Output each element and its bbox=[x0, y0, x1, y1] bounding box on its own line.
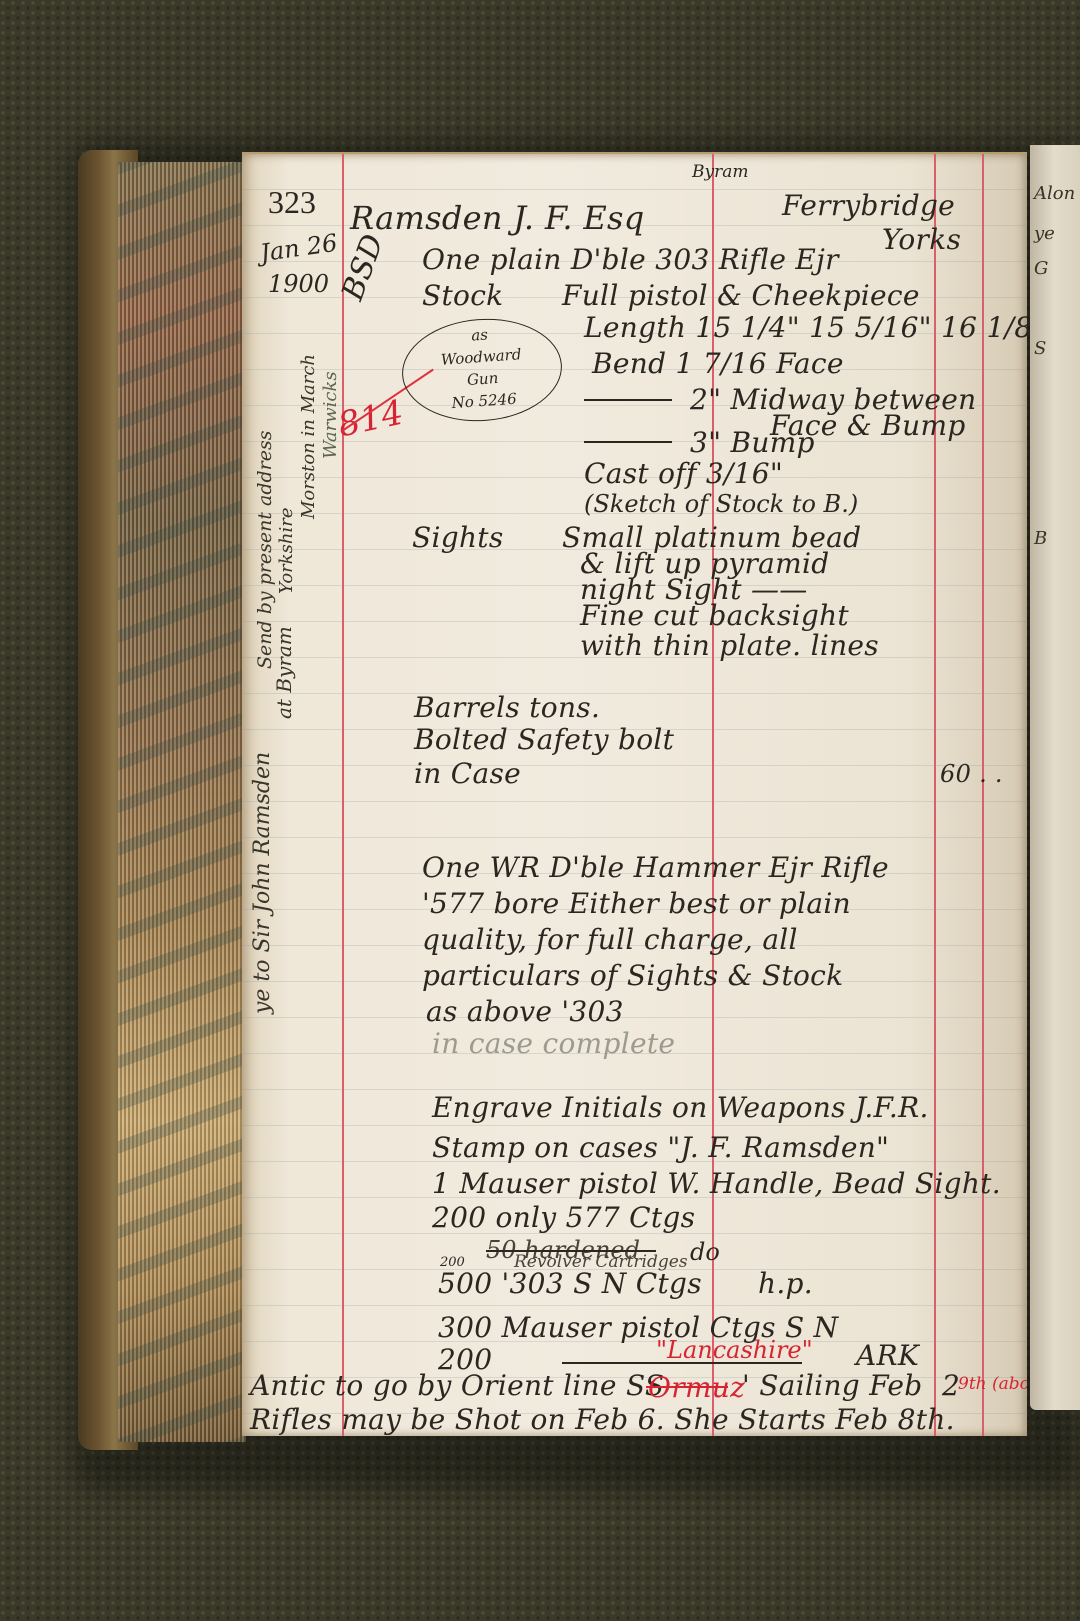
facing-page-fragment: ye bbox=[1034, 225, 1055, 243]
struck-ship-name: Ormuz bbox=[648, 1374, 745, 1402]
ditto-dash bbox=[584, 399, 672, 401]
item-line: particulars of Sights & Stock bbox=[422, 962, 843, 990]
page-block-edge bbox=[118, 162, 246, 1442]
item-line: 3" Bump bbox=[690, 429, 815, 457]
footer-note: Antic to go by Orient line SS bbox=[250, 1372, 664, 1400]
margin-note-vertical: Yorkshire bbox=[276, 507, 297, 594]
page-number: 323 bbox=[268, 184, 316, 221]
item-line: '577 bore Either best or plain bbox=[422, 890, 851, 918]
customer-address-county: Yorks bbox=[882, 226, 961, 254]
column-rule bbox=[982, 154, 984, 1436]
item-line: Full pistol & Cheekpiece bbox=[562, 282, 920, 310]
item-line: Stamp on cases "J. F. Ramsden" bbox=[432, 1134, 889, 1162]
cartridge-note: ARK bbox=[856, 1342, 919, 1370]
item-line: with thin plate. lines bbox=[580, 632, 879, 660]
faint-note: in case complete bbox=[432, 1030, 675, 1058]
cartridge-line: 200 only 577 Ctgs bbox=[432, 1204, 695, 1232]
customer-name: Ramsden J. F. Esq bbox=[350, 202, 645, 234]
item-line: (Sketch of Stock to B.) bbox=[584, 492, 858, 516]
entry-year: 1900 bbox=[268, 272, 329, 296]
margin-note-vertical: ye to Sir John Ramsden bbox=[250, 752, 275, 1014]
item-label-sights: Sights bbox=[412, 524, 504, 552]
item-line: Length 15 1/4" 15 5/16" 16 1/8" bbox=[584, 314, 1027, 342]
facing-page: Alon ye G S B bbox=[1030, 145, 1080, 1410]
facing-page-fragment: B bbox=[1034, 530, 1047, 548]
item-line: Barrels tons. bbox=[414, 694, 600, 722]
price-amount: 60 . . bbox=[940, 762, 1003, 786]
customer-address-town: Ferrybridge bbox=[782, 192, 955, 220]
ship-name-red: "Lancashire" bbox=[656, 1338, 813, 1362]
cartridge-note: h.p. bbox=[758, 1270, 813, 1298]
facing-page-fragment: S bbox=[1034, 340, 1046, 358]
strike-through bbox=[646, 1386, 728, 1388]
item-label-stock: Stock bbox=[422, 282, 503, 310]
footer-note: ' Sailing Feb bbox=[742, 1372, 923, 1400]
item-line: One WR D'ble Hammer Ejr Rifle bbox=[422, 854, 889, 882]
item-line: Bolted Safety bolt bbox=[414, 726, 674, 754]
item-line: in Case bbox=[414, 760, 521, 788]
item-line: Bend 1 7/16 Face bbox=[592, 350, 844, 378]
item-line: Fine cut backsight bbox=[580, 602, 849, 630]
margin-rule bbox=[342, 154, 344, 1436]
footer-note: Rifles may be Shot on Feb 6. She Starts … bbox=[250, 1406, 955, 1434]
item-line: quality, for full charge, all bbox=[422, 926, 798, 954]
corrected-date-red: 9th (above) bbox=[958, 1376, 1027, 1393]
ditto-mark: do bbox=[690, 1240, 720, 1264]
ditto-dash bbox=[584, 441, 672, 443]
ledger-page: 323 Jan 26 1900 Ramsden J. F. Esq Byram … bbox=[242, 152, 1027, 1436]
item-line: One plain D'ble 303 Rifle Ejr bbox=[422, 246, 839, 274]
underline-stroke bbox=[562, 1362, 802, 1364]
margin-note-vertical: Send by present address bbox=[254, 430, 276, 669]
margin-note-vertical: Morston in March bbox=[298, 354, 319, 519]
item-line: 1 Mauser pistol W. Handle, Bead Sight. bbox=[432, 1170, 1001, 1198]
item-line: as above '303 bbox=[426, 998, 624, 1026]
facing-page-fragment: G bbox=[1034, 260, 1048, 278]
item-line: Cast off 3/16" bbox=[584, 460, 783, 488]
column-rule bbox=[934, 154, 936, 1436]
customer-address-insert: Byram bbox=[692, 164, 748, 181]
cartridge-line: 500 '303 S N Ctgs bbox=[438, 1270, 702, 1298]
item-line: Engrave Initials on Weapons J.F.R. bbox=[432, 1094, 929, 1122]
margin-note-vertical: Warwicks bbox=[320, 371, 341, 459]
facing-page-fragment: Alon bbox=[1034, 185, 1075, 203]
